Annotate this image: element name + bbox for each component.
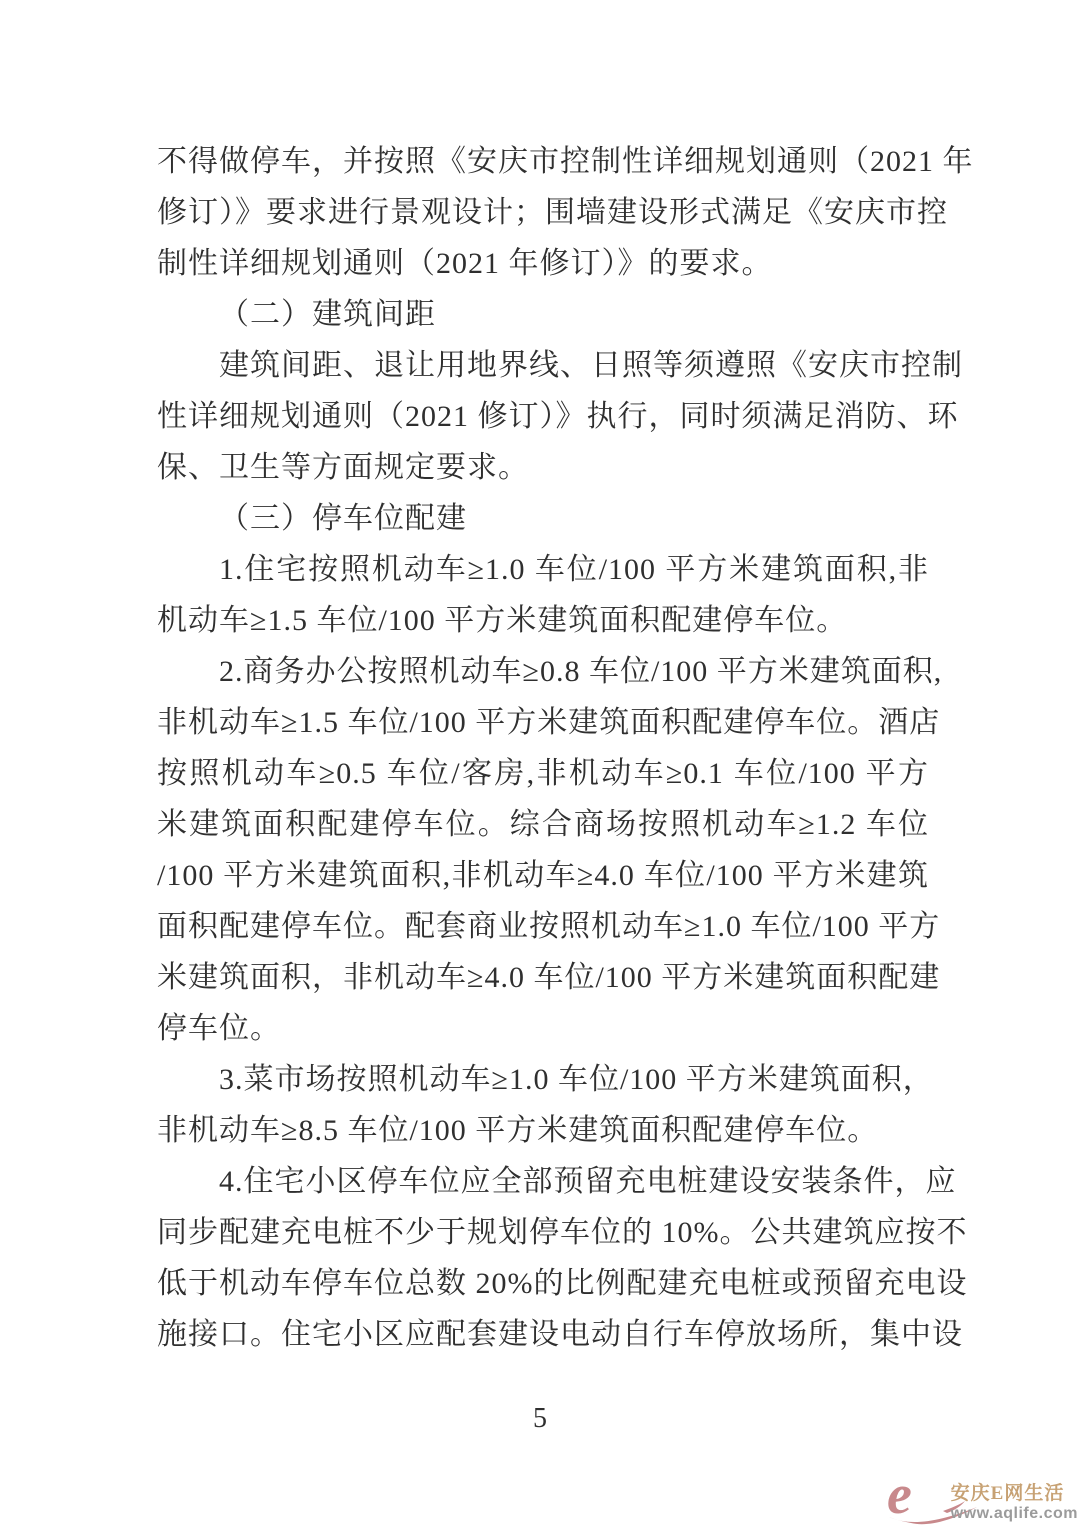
text-line: 按照机动车≥0.5 车位/客房,非机动车≥0.1 车位/100 平方 (157, 748, 929, 799)
section-heading: （三）停车位配建 (157, 493, 929, 544)
text-line: 米建筑面积配建停车位。综合商场按照机动车≥1.2 车位 (157, 799, 929, 850)
text-line: 非机动车≥8.5 车位/100 平方米建筑面积配建停车位。 (157, 1105, 929, 1156)
text-line: 米建筑面积，非机动车≥4.0 车位/100 平方米建筑面积配建 (157, 952, 929, 1003)
text-line: 保、卫生等方面规定要求。 (157, 442, 929, 493)
watermark-site-url: www.aqlife.com (951, 1505, 1078, 1523)
text-line: 同步配建充电桩不少于规划停车位的 10%。公共建筑应按不 (157, 1207, 929, 1258)
text-line: 建筑间距、退让用地界线、日照等须遵照《安庆市控制 (157, 340, 929, 391)
section-heading: （二）建筑间距 (157, 289, 929, 340)
text-line: 不得做停车，并按照《安庆市控制性详细规划通则（2021 年 (157, 136, 929, 187)
page-number: 5 (0, 1403, 1080, 1435)
text-line: 1.住宅按照机动车≥1.0 车位/100 平方米建筑面积,非 (157, 544, 929, 595)
text-line: 制性详细规划通则（2021 年修订）》的要求。 (157, 238, 929, 289)
text-line: 非机动车≥1.5 车位/100 平方米建筑面积配建停车位。酒店 (157, 697, 929, 748)
text-line: 低于机动车停车位总数 20%的比例配建充电桩或预留充电设 (157, 1258, 929, 1309)
text-line: 面积配建停车位。配套商业按照机动车≥1.0 车位/100 平方 (157, 901, 929, 952)
text-line: 停车位。 (157, 1003, 929, 1054)
text-line: 施接口。住宅小区应配套建设电动自行车停放场所，集中设 (157, 1309, 929, 1360)
document-page: 不得做停车，并按照《安庆市控制性详细规划通则（2021 年 修订）》要求进行景观… (0, 0, 1080, 1527)
text-line: 3.菜市场按照机动车≥1.0 车位/100 平方米建筑面积， (157, 1054, 929, 1105)
text-line: 性详细规划通则（2021 修订）》执行，同时须满足消防、环 (157, 391, 929, 442)
logo-e-glyph: e (887, 1465, 912, 1526)
text-line: 2.商务办公按照机动车≥0.8 车位/100 平方米建筑面积, (157, 646, 929, 697)
text-line: 修订）》要求进行景观设计；围墙建设形式满足《安庆市控 (157, 187, 929, 238)
text-line: 机动车≥1.5 车位/100 平方米建筑面积配建停车位。 (157, 595, 929, 646)
watermark-site-name: 安庆E网生活 (951, 1478, 1078, 1505)
document-body: 不得做停车，并按照《安庆市控制性详细规划通则（2021 年 修订）》要求进行景观… (157, 136, 929, 1360)
text-line: 4.住宅小区停车位应全部预留充电桩建设安装条件，应 (157, 1156, 929, 1207)
watermark: e 安庆E网生活 www.aqlife.com (885, 1465, 1078, 1527)
watermark-text: 安庆E网生活 www.aqlife.com (951, 1478, 1078, 1523)
text-line: /100 平方米建筑面积,非机动车≥4.0 车位/100 平方米建筑 (157, 850, 929, 901)
